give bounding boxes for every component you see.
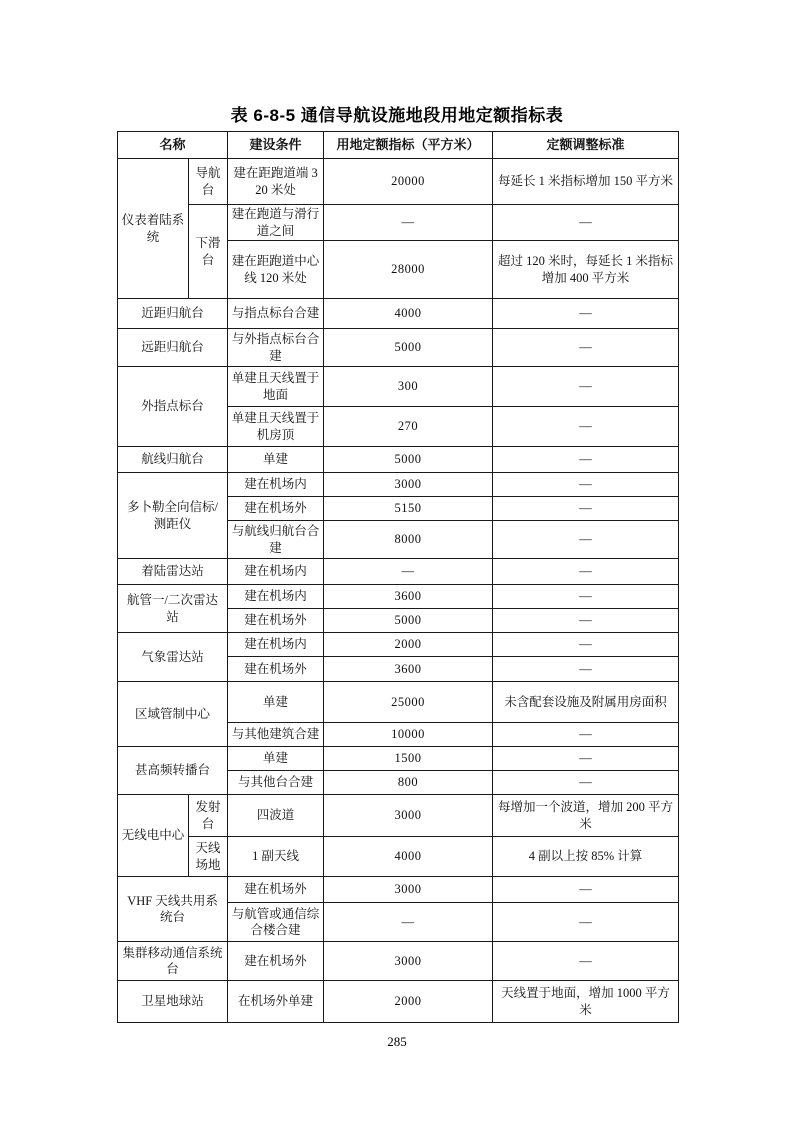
quota-table: 名称 建设条件 用地定额指标（平方米） 定额调整标准 仪表着陆系统 导航台 建在… xyxy=(117,131,679,1023)
table-row: 天线场地 1 副天线 4000 4 副以上按 85% 计算 xyxy=(118,837,679,877)
condition-cell: 建在距跑道中心线 120 米处 xyxy=(228,241,324,299)
condition-cell: 建在机场外 xyxy=(228,657,324,682)
adjustment-cell: — xyxy=(493,609,679,633)
facility-name: 着陆雷达站 xyxy=(118,559,228,585)
adjustment-cell: — xyxy=(493,559,679,585)
table-row: 甚高频转播台 单建 1500 — xyxy=(118,747,679,771)
table-row: VHF 天线共用系统台 建在机场外 3000 — xyxy=(118,877,679,903)
condition-cell: 建在距跑道端 320 米处 xyxy=(228,159,324,205)
condition-cell: 与其他建筑合建 xyxy=(228,723,324,747)
indicator-cell: 3000 xyxy=(324,942,493,981)
condition-cell: 建在机场外 xyxy=(228,942,324,981)
indicator-cell: 3600 xyxy=(324,657,493,682)
indicator-cell: 10000 xyxy=(324,723,493,747)
condition-cell: 与指点标台合建 xyxy=(228,299,324,329)
facility-name: 气象雷达站 xyxy=(118,633,228,682)
facility-name: 多卜勒全向信标/测距仪 xyxy=(118,473,228,559)
facility-name: 航管一/二次雷达站 xyxy=(118,585,228,633)
indicator-cell: 300 xyxy=(324,367,493,407)
header-row: 名称 建设条件 用地定额指标（平方米） 定额调整标准 xyxy=(118,132,679,159)
indicator-cell: — xyxy=(324,205,493,241)
adjustment-cell: — xyxy=(493,521,679,559)
adjustment-cell: 每增加一个波道，增加 200 平方米 xyxy=(493,795,679,837)
facility-subname: 天线场地 xyxy=(189,837,228,877)
facility-subname: 下滑台 xyxy=(189,205,228,299)
adjustment-cell: — xyxy=(493,367,679,407)
adjustment-cell: — xyxy=(493,585,679,609)
indicator-cell: 4000 xyxy=(324,299,493,329)
condition-cell: 四波道 xyxy=(228,795,324,837)
adjustment-cell: — xyxy=(493,723,679,747)
facility-name: 仪表着陆系统 xyxy=(118,159,189,299)
indicator-cell: — xyxy=(324,559,493,585)
indicator-cell: — xyxy=(324,903,493,942)
adjustment-cell: — xyxy=(493,299,679,329)
facility-name: 近距归航台 xyxy=(118,299,228,329)
facility-name: 外指点标台 xyxy=(118,367,228,447)
table-row: 卫星地球站 在机场外单建 2000 天线置于地面，增加 1000 平方米 xyxy=(118,981,679,1023)
adjustment-cell: — xyxy=(493,633,679,657)
adjustment-cell: — xyxy=(493,473,679,497)
table-row: 区域管制中心 单建 25000 未含配套设施及附属用房面积 xyxy=(118,682,679,723)
indicator-cell: 800 xyxy=(324,771,493,795)
table-row: 集群移动通信系统台 建在机场外 3000 — xyxy=(118,942,679,981)
indicator-cell: 2000 xyxy=(324,981,493,1023)
condition-cell: 建在机场内 xyxy=(228,585,324,609)
condition-cell: 在机场外单建 xyxy=(228,981,324,1023)
table-row: 近距归航台 与指点标台合建 4000 — xyxy=(118,299,679,329)
adjustment-cell: — xyxy=(493,771,679,795)
condition-cell: 单建且天线置于机房顶 xyxy=(228,407,324,447)
facility-name: 卫星地球站 xyxy=(118,981,228,1023)
indicator-cell: 5150 xyxy=(324,497,493,521)
facility-name: VHF 天线共用系统台 xyxy=(118,877,228,942)
table-row: 气象雷达站 建在机场内 2000 — xyxy=(118,633,679,657)
column-header-indicator: 用地定额指标（平方米） xyxy=(324,132,493,159)
condition-cell: 单建且天线置于地面 xyxy=(228,367,324,407)
indicator-cell: 270 xyxy=(324,407,493,447)
page-number: 285 xyxy=(0,1034,794,1050)
table-row: 远距归航台 与外指点标台合建 5000 — xyxy=(118,329,679,367)
condition-cell: 1 副天线 xyxy=(228,837,324,877)
table-row: 航管一/二次雷达站 建在机场内 3600 — xyxy=(118,585,679,609)
column-header-adjustment: 定额调整标准 xyxy=(493,132,679,159)
indicator-cell: 3600 xyxy=(324,585,493,609)
table-title: 表 6-8-5 通信导航设施地段用地定额指标表 xyxy=(0,101,794,126)
condition-cell: 单建 xyxy=(228,747,324,771)
indicator-cell: 3000 xyxy=(324,473,493,497)
condition-cell: 与航线归航台合建 xyxy=(228,521,324,559)
condition-cell: 建在机场内 xyxy=(228,559,324,585)
indicator-cell: 5000 xyxy=(324,609,493,633)
document-page: 表 6-8-5 通信导航设施地段用地定额指标表 名称 建设条件 用地定额指标（平… xyxy=(0,0,794,1122)
condition-cell: 单建 xyxy=(228,682,324,723)
adjustment-cell: — xyxy=(493,497,679,521)
adjustment-cell: — xyxy=(493,205,679,241)
indicator-cell: 8000 xyxy=(324,521,493,559)
condition-cell: 与航管或通信综合楼合建 xyxy=(228,903,324,942)
adjustment-cell: — xyxy=(493,407,679,447)
adjustment-cell: 每延长 1 米指标增加 150 平方米 xyxy=(493,159,679,205)
indicator-cell: 4000 xyxy=(324,837,493,877)
condition-cell: 单建 xyxy=(228,447,324,473)
facility-name: 无线电中心 xyxy=(118,795,189,877)
facility-name: 区域管制中心 xyxy=(118,682,228,747)
facility-subname: 导航台 xyxy=(189,159,228,205)
condition-cell: 建在跑道与滑行道之间 xyxy=(228,205,324,241)
condition-cell: 建在机场外 xyxy=(228,497,324,521)
adjustment-cell: — xyxy=(493,877,679,903)
condition-cell: 建在机场内 xyxy=(228,473,324,497)
condition-cell: 建在机场外 xyxy=(228,609,324,633)
indicator-cell: 28000 xyxy=(324,241,493,299)
table-row: 多卜勒全向信标/测距仪 建在机场内 3000 — xyxy=(118,473,679,497)
table-row: 无线电中心 发射台 四波道 3000 每增加一个波道，增加 200 平方米 xyxy=(118,795,679,837)
adjustment-cell: — xyxy=(493,657,679,682)
facility-subname: 发射台 xyxy=(189,795,228,837)
indicator-cell: 2000 xyxy=(324,633,493,657)
condition-cell: 建在机场内 xyxy=(228,633,324,657)
table-row: 仪表着陆系统 导航台 建在距跑道端 320 米处 20000 每延长 1 米指标… xyxy=(118,159,679,205)
adjustment-cell: 未含配套设施及附属用房面积 xyxy=(493,682,679,723)
adjustment-cell: — xyxy=(493,329,679,367)
table-row: 下滑台 建在跑道与滑行道之间 — — xyxy=(118,205,679,241)
indicator-cell: 3000 xyxy=(324,877,493,903)
table-row: 着陆雷达站 建在机场内 — — xyxy=(118,559,679,585)
indicator-cell: 3000 xyxy=(324,795,493,837)
condition-cell: 建在机场外 xyxy=(228,877,324,903)
facility-name: 甚高频转播台 xyxy=(118,747,228,795)
adjustment-cell: — xyxy=(493,903,679,942)
condition-cell: 与外指点标台合建 xyxy=(228,329,324,367)
adjustment-cell: 天线置于地面，增加 1000 平方米 xyxy=(493,981,679,1023)
adjustment-cell: — xyxy=(493,747,679,771)
adjustment-cell: — xyxy=(493,942,679,981)
facility-name: 航线归航台 xyxy=(118,447,228,473)
facility-name: 远距归航台 xyxy=(118,329,228,367)
adjustment-cell: — xyxy=(493,447,679,473)
adjustment-cell: 4 副以上按 85% 计算 xyxy=(493,837,679,877)
column-header-name: 名称 xyxy=(118,132,228,159)
condition-cell: 与其他台合建 xyxy=(228,771,324,795)
indicator-cell: 5000 xyxy=(324,447,493,473)
indicator-cell: 5000 xyxy=(324,329,493,367)
facility-name: 集群移动通信系统台 xyxy=(118,942,228,981)
table-row: 航线归航台 单建 5000 — xyxy=(118,447,679,473)
indicator-cell: 20000 xyxy=(324,159,493,205)
column-header-condition: 建设条件 xyxy=(228,132,324,159)
adjustment-cell: 超过 120 米时，每延长 1 米指标增加 400 平方米 xyxy=(493,241,679,299)
indicator-cell: 25000 xyxy=(324,682,493,723)
indicator-cell: 1500 xyxy=(324,747,493,771)
table-row: 外指点标台 单建且天线置于地面 300 — xyxy=(118,367,679,407)
